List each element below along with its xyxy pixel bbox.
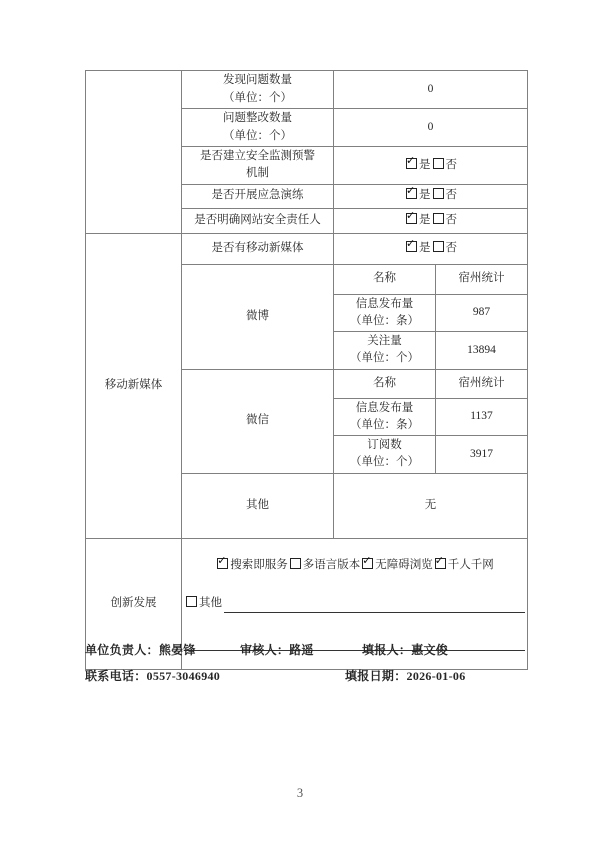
yes-checkbox [406,188,417,199]
table-row: 发现问题数量 （单位：个） 0 [86,71,528,109]
footer-label: 单位负责人： [85,643,159,657]
field-value: 是否 [334,208,528,233]
field-value: 3917 [436,436,528,474]
footer-reviewer: 审核人：路遥 [240,641,314,658]
platform-cell-wechat: 微信 [182,369,334,473]
footer-unit-head: 单位负责人：熊晏锋 [85,641,196,658]
field-value: 是否 [334,233,528,264]
platform-cell-weibo: 微博 [182,264,334,369]
option-label: 多语言版本 [303,559,361,571]
field-label: 名称 [334,369,436,398]
footer-value: 2026-01-06 [407,669,466,683]
yes-checkbox [406,158,417,169]
report-table: 发现问题数量 （单位：个） 0 问题整改数量 （单位：个） 0 是否建立安全监测… [85,70,528,670]
field-label: 发现问题数量 （单位：个） [182,71,334,109]
field-label: 是否建立安全监测预警 机制 [182,147,334,185]
option-label: 搜索即服务 [230,559,288,571]
no-checkbox [433,158,444,169]
field-value: 宿州统计 [436,264,528,294]
field-value: 13894 [436,332,528,370]
footer-date: 填报日期：2026-01-06 [345,667,466,684]
field-label: 关注量 （单位：个） [334,332,436,370]
field-value: 宿州统计 [436,369,528,398]
yes-checkbox [406,241,417,252]
field-label: 信息发布量 （单位：条） [334,294,436,332]
field-label: 是否有移动新媒体 [182,233,334,264]
option-checkbox [217,558,228,569]
no-label: 否 [446,189,458,201]
field-label: 名称 [334,264,436,294]
yes-label: 是 [419,214,431,226]
option-checkbox [435,558,446,569]
footer-label: 填报人： [362,643,411,657]
yes-label: 是 [419,159,431,171]
category-cell-empty [86,71,182,234]
field-value: 是否 [334,147,528,185]
table-row: 移动新媒体 是否有移动新媒体 是否 [86,233,528,264]
yes-checkbox [406,213,417,224]
field-label: 是否明确网站安全责任人 [182,208,334,233]
no-checkbox [433,188,444,199]
no-checkbox [433,213,444,224]
field-value: 1137 [436,398,528,436]
field-label: 其他 [182,473,334,538]
footer-phone: 联系电话：0557-3046940 [85,667,220,684]
yes-label: 是 [419,189,431,201]
field-label: 信息发布量 （单位：条） [334,398,436,436]
footer-value: 0557-3046940 [147,669,221,683]
footer-value: 惠文俊 [411,643,448,657]
footer-value: 路遥 [289,643,314,657]
blank-underline [184,637,525,651]
option-checkbox [186,596,197,607]
no-label: 否 [446,159,458,171]
footer-value: 熊晏锋 [159,643,196,657]
document-page: 发现问题数量 （单位：个） 0 问题整改数量 （单位：个） 0 是否建立安全监测… [0,0,600,847]
option-label: 无障碍浏览 [375,559,433,571]
footer-filler: 填报人：惠文俊 [362,641,448,658]
footer-label: 审核人： [240,643,289,657]
category-cell-mobile-media: 移动新媒体 [86,233,182,538]
field-value: 0 [334,71,528,109]
footer-label: 联系电话： [85,669,147,683]
option-label: 其他 [199,597,222,609]
no-label: 否 [446,242,458,254]
innovation-options-line: 搜索即服务多语言版本无障碍浏览千人千网 [184,557,525,574]
field-value: 0 [334,109,528,147]
field-label: 订阅数 （单位：个） [334,436,436,474]
field-value: 无 [334,473,528,538]
innovation-other-line: 其他 [184,595,525,612]
blank-underline [224,600,525,613]
field-value: 是否 [334,184,528,208]
yes-label: 是 [419,242,431,254]
field-label: 问题整改数量 （单位：个） [182,109,334,147]
option-checkbox [290,558,301,569]
option-label: 千人千网 [448,559,494,571]
field-value: 987 [436,294,528,332]
innovation-content-cell: 搜索即服务多语言版本无障碍浏览千人千网 其他 [182,538,528,670]
footer-label: 填报日期： [345,669,407,683]
no-label: 否 [446,214,458,226]
field-label: 是否开展应急演练 [182,184,334,208]
page-number: 3 [0,786,600,801]
no-checkbox [433,241,444,252]
option-checkbox [362,558,373,569]
